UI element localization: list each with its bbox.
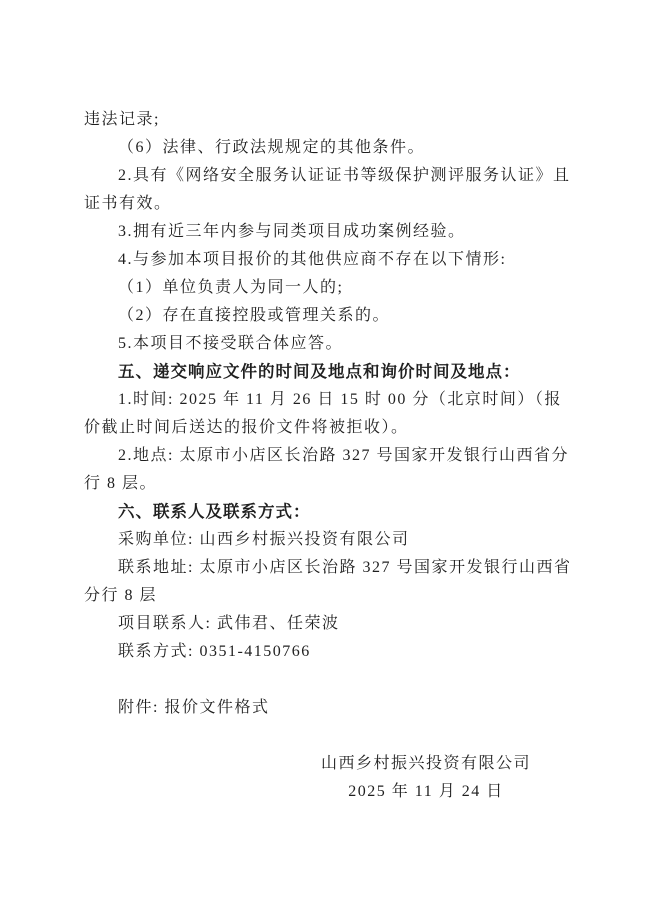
paragraph-line: 证书有效。 bbox=[84, 190, 584, 218]
blank-line bbox=[84, 722, 584, 750]
paragraph-line: 3.拥有近三年内参与同类项目成功案例经验。 bbox=[84, 218, 584, 246]
paragraph-line: 项目联系人: 武伟君、任荣波 bbox=[84, 610, 584, 638]
paragraph-line: 行 8 层。 bbox=[84, 470, 584, 498]
paragraph-line: 5.本项目不接受联合体应答。 bbox=[84, 330, 584, 358]
attachment-line: 附件: 报价文件格式 bbox=[84, 694, 584, 722]
section-heading-5: 五、递交响应文件的时间及地点和询价时间及地点： bbox=[84, 358, 584, 386]
paragraph-line: 4.与参加本项目报价的其他供应商不存在以下情形: bbox=[84, 246, 584, 274]
paragraph-line: 采购单位: 山西乡村振兴投资有限公司 bbox=[84, 526, 584, 554]
document-page: 违法记录; （6）法律、行政法规规定的其他条件。 2.具有《网络安全服务认证证书… bbox=[0, 0, 654, 899]
paragraph-line: 2.地点: 太原市小店区长治路 327 号国家开发银行山西省分 bbox=[84, 442, 584, 470]
paragraph-line: （6）法律、行政法规规定的其他条件。 bbox=[84, 134, 584, 162]
paragraph-line: 联系地址: 太原市小店区长治路 327 号国家开发银行山西省 bbox=[84, 554, 584, 582]
signature-company: 山西乡村振兴投资有限公司 bbox=[270, 750, 582, 778]
paragraph-line: （1）单位负责人为同一人的; bbox=[84, 274, 584, 302]
paragraph-line: 联系方式: 0351-4150766 bbox=[84, 638, 584, 666]
paragraph-line: （2）存在直接控股或管理关系的。 bbox=[84, 302, 584, 330]
paragraph-line: 价截止时间后送达的报价文件将被拒收）。 bbox=[84, 414, 584, 442]
blank-line bbox=[84, 666, 584, 694]
paragraph-line: 1.时间: 2025 年 11 月 26 日 15 时 00 分（北京时间）（报 bbox=[84, 386, 584, 414]
paragraph-line: 2.具有《网络安全服务认证证书等级保护测评服务认证》且 bbox=[84, 162, 584, 190]
signature-date: 2025 年 11 月 24 日 bbox=[270, 778, 582, 806]
paragraph-line: 分行 8 层 bbox=[84, 582, 584, 610]
paragraph-line: 违法记录; bbox=[84, 106, 584, 134]
section-heading-6: 六、联系人及联系方式： bbox=[84, 498, 584, 526]
